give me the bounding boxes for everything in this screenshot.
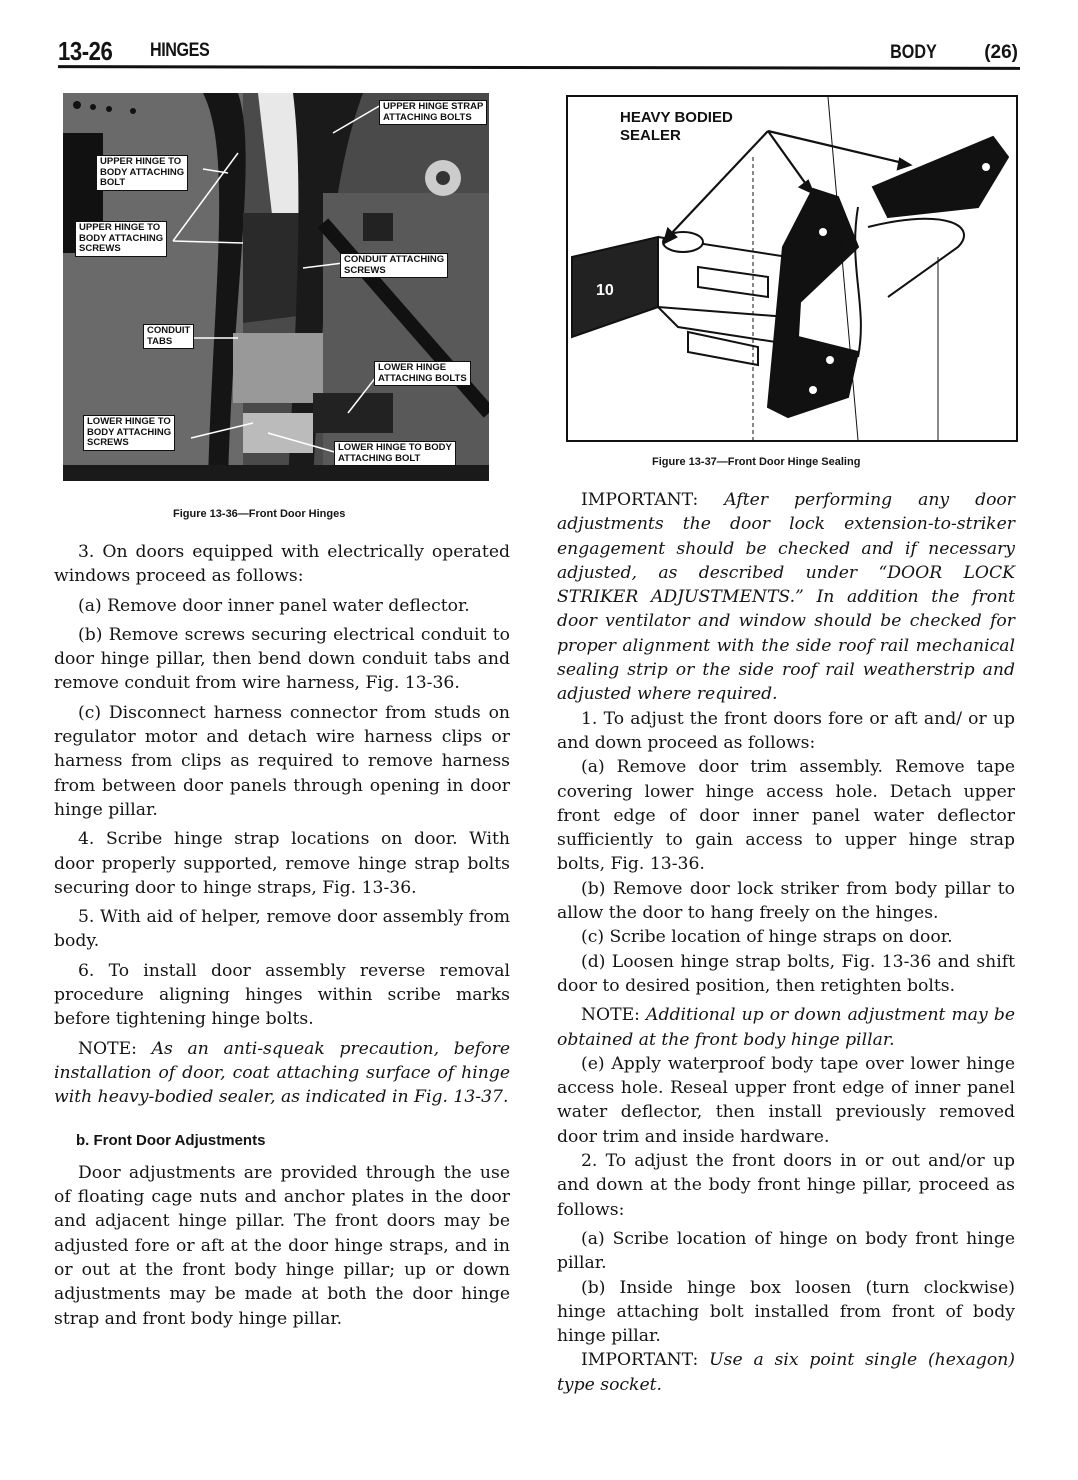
label-upper-hinge-to-body-attaching-screws: UPPER HINGE TO BODY ATTACHING SCREWS — [75, 221, 167, 257]
section-title: HINGES — [150, 40, 209, 62]
part-number-10: 10 — [596, 282, 614, 299]
left-column: 3. On doors equipped with electrically o… — [54, 540, 510, 1331]
label-conduit-attaching-screws: CONDUIT ATTACHING SCREWS — [340, 253, 448, 278]
figure-13-37-drawing: 10 HEAVY BODIED SEALER — [566, 95, 1018, 442]
chapter-page: (26) — [984, 42, 1018, 63]
step-3: 3. On doors equipped with electrically o… — [54, 540, 510, 589]
step-5: 5. With aid of helper, remove door assem… — [54, 905, 510, 954]
note-label: NOTE: — [78, 1039, 137, 1059]
step-3a: (a) Remove door inner panel water deflec… — [54, 594, 510, 618]
important-label: IMPORTANT: — [581, 1350, 698, 1370]
step-1a: (a) Remove door trim assembly. Remove ta… — [557, 755, 1015, 876]
page-number: 13-26 — [58, 36, 112, 67]
label-lower-hinge-to-body-attaching-screws: LOWER HINGE TO BODY ATTACHING SCREWS — [83, 415, 175, 451]
step-3c: (c) Disconnect harness connector from st… — [54, 701, 510, 822]
step-2: 2. To adjust the front doors in or out a… — [557, 1149, 1015, 1222]
label-upper-hinge-to-body-attaching-bolt: UPPER HINGE TO BODY ATTACHING BOLT — [96, 155, 188, 191]
step-1b: (b) Remove door lock striker from body p… — [557, 877, 1015, 926]
step-1: 1. To adjust the front doors fore or aft… — [557, 707, 1015, 756]
note-anti-squeak: NOTE: As an anti-squeak precaution, befo… — [54, 1037, 510, 1110]
step-2b: (b) Inside hinge box loosen (turn clockw… — [557, 1276, 1015, 1349]
figure-13-36-photo: UPPER HINGE STRAP ATTACHING BOLTS UPPER … — [63, 93, 489, 481]
figure-13-37-caption: Figure 13-37—Front Door Hinge Sealing — [652, 456, 860, 468]
important-door-lock: IMPORTANT: After performing any door adj… — [557, 488, 1015, 707]
label-upper-hinge-strap-attaching-bolts: UPPER HINGE STRAP ATTACHING BOLTS — [379, 100, 487, 125]
right-column: IMPORTANT: After performing any door adj… — [557, 488, 1015, 1397]
hinge-sealing-line-drawing: 10 — [568, 97, 1016, 440]
subheading-front-door-adjustments: b. Front Door Adjustments — [76, 1129, 510, 1153]
important-socket: IMPORTANT: Use a six point single (hexag… — [557, 1348, 1015, 1397]
note-label: NOTE: — [581, 1005, 640, 1025]
note-additional-adjustment: NOTE: Additional up or down adjustment m… — [557, 1003, 1015, 1052]
step-2a: (a) Scribe location of hinge on body fro… — [557, 1227, 1015, 1276]
step-4: 4. Scribe hinge strap locations on door.… — [54, 827, 510, 900]
step-1c: (c) Scribe location of hinge straps on d… — [557, 925, 1015, 949]
label-heavy-bodied-sealer: HEAVY BODIED SEALER — [620, 109, 733, 145]
header-right: BODY (26) — [886, 42, 1018, 64]
label-lower-hinge-attaching-bolts: LOWER HINGE ATTACHING BOLTS — [374, 361, 471, 386]
header-left: 13-26 HINGES — [58, 36, 122, 67]
figure-13-36-caption: Figure 13-36—Front Door Hinges — [173, 508, 345, 520]
label-conduit-tabs: CONDUIT TABS — [143, 324, 194, 349]
label-lower-hinge-to-body-attaching-bolt: LOWER HINGE TO BODY ATTACHING BOLT — [334, 441, 456, 466]
step-6: 6. To install door assembly reverse remo… — [54, 959, 510, 1032]
door-adjustments-intro: Door adjustments are provided through th… — [54, 1161, 510, 1331]
step-1d: (d) Loosen hinge strap bolts, Fig. 13-36… — [557, 950, 1015, 999]
step-1e: (e) Apply waterproof body tape over lowe… — [557, 1052, 1015, 1149]
chapter-title: BODY — [890, 42, 937, 64]
important-text: After performing any door adjustments th… — [557, 490, 1015, 704]
step-3b: (b) Remove screws securing electrical co… — [54, 623, 510, 696]
important-label: IMPORTANT: — [581, 490, 698, 510]
